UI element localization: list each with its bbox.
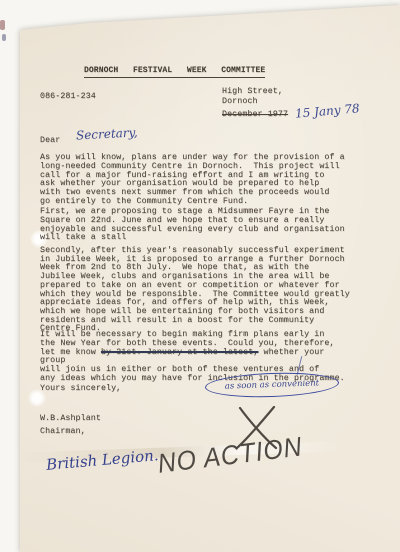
typed-date-struck: December 1977 [222, 111, 288, 120]
struck-deadline: by 31st. January at the latest, [101, 348, 258, 357]
signatory-name: W.B.Ashplant [40, 415, 101, 424]
insertion-note-text: as soon as convenient [225, 378, 320, 391]
signatory-title: Chairman, [40, 428, 86, 437]
letter-title: DORNOCH FESTIVAL WEEK COMMITTEE [84, 67, 265, 78]
address-line-1: High Street, [222, 88, 283, 97]
paragraph-1: As you will know, plans are under way fo… [40, 154, 345, 207]
address-line-2: Dornoch [222, 98, 258, 107]
salutation-typed: Dear [40, 137, 60, 146]
valediction: Yours sincerely, [40, 385, 121, 394]
phone-number: 086-281-234 [40, 93, 96, 102]
paragraph-3: Secondly, after this year's reasonably s… [40, 247, 350, 334]
scanned-letter-scene: DORNOCH FESTIVAL WEEK COMMITTEE 086-281-… [0, 0, 400, 552]
paragraph-2: First, we are proposing to stage a Midsu… [40, 208, 345, 243]
